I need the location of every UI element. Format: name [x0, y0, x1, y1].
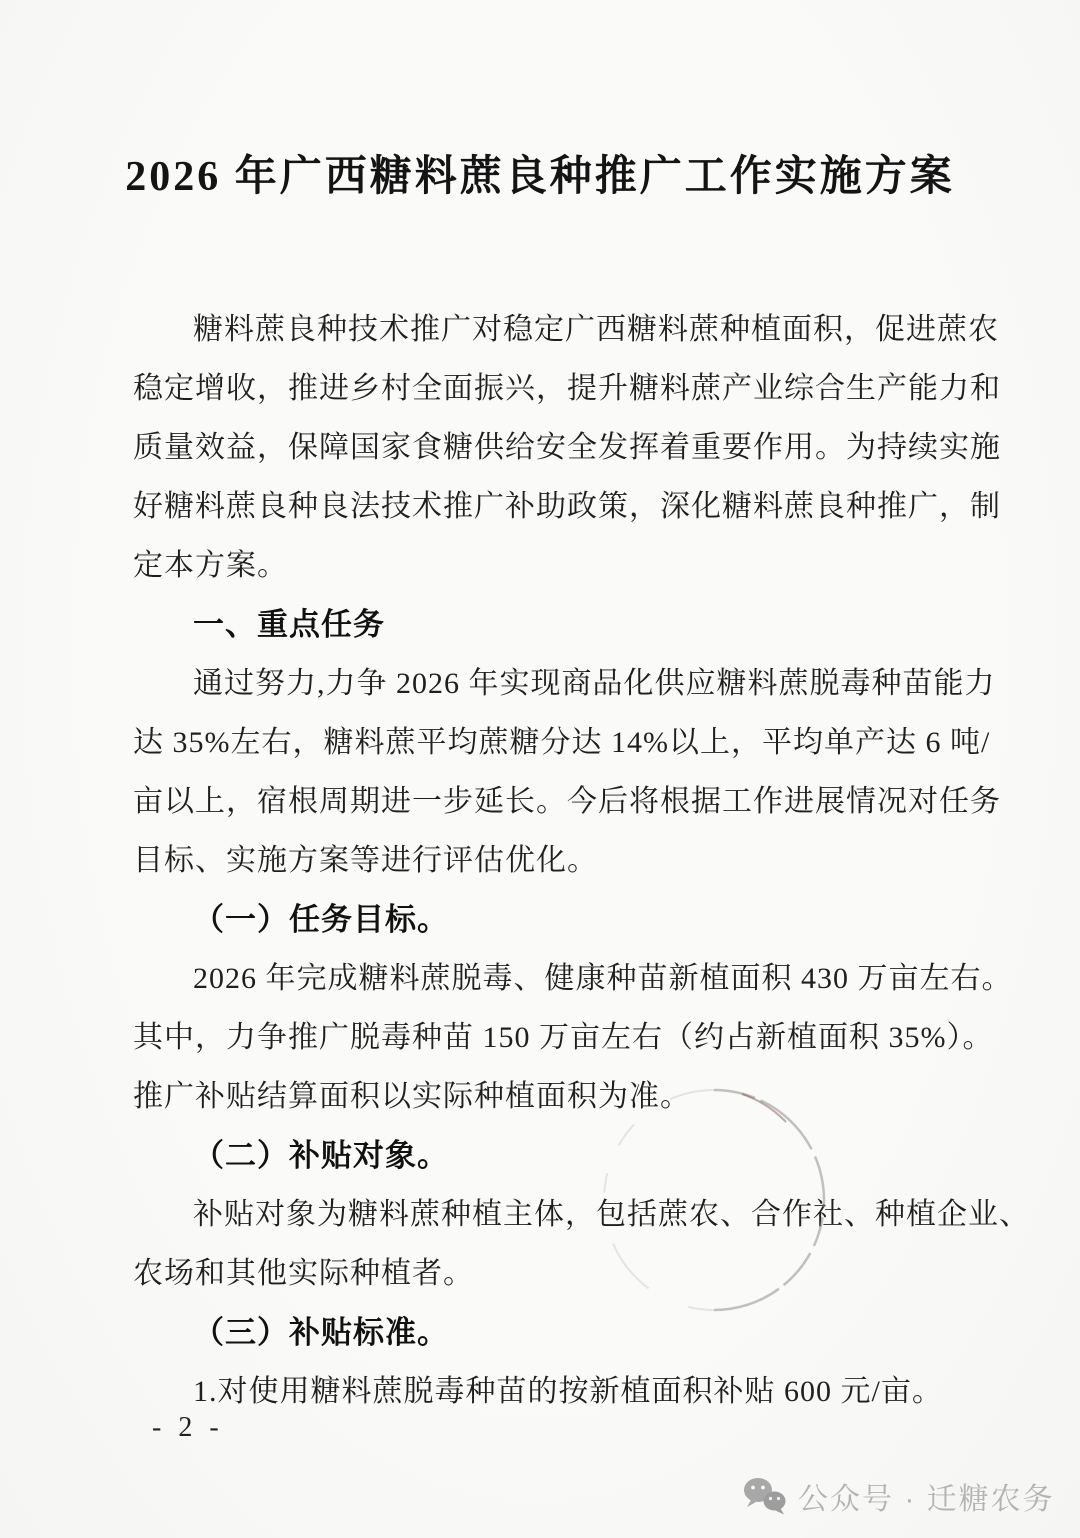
- subsection-heading-task-goal: （一）任务目标。: [133, 890, 947, 949]
- text-line: 农场和其他实际种植者。: [133, 1244, 947, 1303]
- wechat-watermark: 公众号 · 迁糖农务: [742, 1474, 1055, 1518]
- page-number: - 2 -: [152, 1412, 224, 1444]
- section-heading-key-tasks: 一、重点任务: [133, 595, 947, 654]
- text-line: 亩以上，宿根周期进一步延长。今后将根据工作进展情况对任务: [133, 772, 947, 831]
- text-line: 补贴对象为糖料蔗种植主体，包括蔗农、合作社、种植企业、: [133, 1185, 947, 1244]
- text-line: 稳定增收，推进乡村全面振兴，提升糖料蔗产业综合生产能力和: [133, 359, 947, 418]
- text-line: 质量效益，保障国家食糖供给安全发挥着重要作用。为持续实施: [133, 418, 947, 477]
- wechat-icon: [742, 1476, 788, 1516]
- document-page: 2026 年广西糖料蔗良种推广工作实施方案 糖料蔗良种技术推广对稳定广西糖料蔗种…: [0, 0, 1080, 1538]
- document-title: 2026 年广西糖料蔗良种推广工作实施方案: [0, 0, 1080, 205]
- text-line: 好糖料蔗良种良法技术推广补助政策，深化糖料蔗良种推广，制: [133, 477, 947, 536]
- text-line: 定本方案。: [133, 536, 947, 595]
- text-line: 推广补贴结算面积以实际种植面积为准。: [133, 1067, 947, 1126]
- document-body: 糖料蔗良种技术推广对稳定广西糖料蔗种植面积，促进蔗农 稳定增收，推进乡村全面振兴…: [133, 300, 947, 1421]
- text-line: 达 35%左右，糖料蔗平均蔗糖分达 14%以上，平均单产达 6 吨/: [133, 713, 947, 772]
- text-line: 糖料蔗良种技术推广对稳定广西糖料蔗种植面积，促进蔗农: [133, 300, 947, 359]
- text-line: 目标、实施方案等进行评估优化。: [133, 831, 947, 890]
- text-line: 其中，力争推广脱毒种苗 150 万亩左右（约占新植面积 35%）。: [133, 1008, 947, 1067]
- watermark-text: 公众号 · 迁糖农务: [798, 1474, 1055, 1518]
- text-line: 2026 年完成糖料蔗脱毒、健康种苗新植面积 430 万亩左右。: [133, 949, 947, 1008]
- subsection-heading-subsidy-target: （二）补贴对象。: [133, 1126, 947, 1185]
- subsection-heading-subsidy-standard: （三）补贴标准。: [133, 1303, 947, 1362]
- text-line: 1.对使用糖料蔗脱毒种苗的按新植面积补贴 600 元/亩。: [133, 1362, 947, 1421]
- text-line: 通过努力,力争 2026 年实现商品化供应糖料蔗脱毒种苗能力: [133, 654, 947, 713]
